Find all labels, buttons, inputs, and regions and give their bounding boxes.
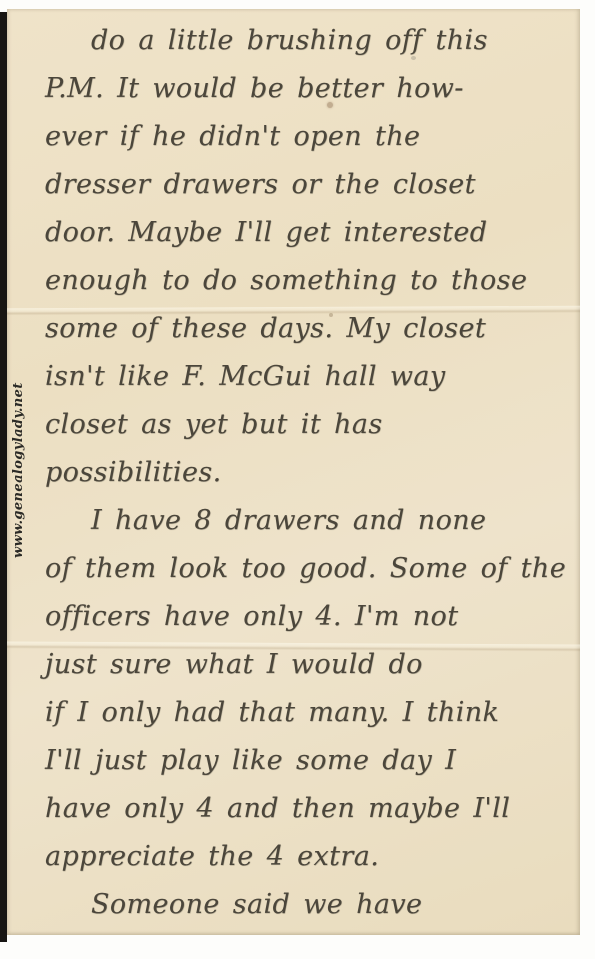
scanned-letter-page: www.genealogylady.net do a little brushi…: [0, 0, 595, 959]
letter-line: I'll just play like some day I: [45, 737, 566, 785]
letter-line: possibilities.: [45, 449, 566, 497]
letter-line: ever if he didn't open the: [45, 113, 566, 161]
letter-line: P.M. It would be better how-: [45, 65, 566, 113]
letter-line: enough to do something to those: [45, 257, 566, 305]
letter-line: of them look too good. Some of the: [45, 545, 566, 593]
letter-body: do a little brushing off this P.M. It wo…: [7, 9, 580, 929]
letter-line: closet as yet but it has: [45, 401, 566, 449]
letter-paper: www.genealogylady.net do a little brushi…: [7, 9, 580, 935]
letter-line: have only 4 and then maybe I'll: [45, 785, 566, 833]
letter-line: some of these days. My closet: [45, 305, 566, 353]
letter-line: dresser drawers or the closet: [45, 161, 566, 209]
letter-line: isn't like F. McGui hall way: [45, 353, 566, 401]
letter-line: appreciate the 4 extra.: [45, 833, 566, 881]
letter-line: officers have only 4. I'm not: [45, 593, 566, 641]
scan-edge-strip: [0, 12, 7, 942]
letter-line: I have 8 drawers and none: [45, 497, 566, 545]
letter-line: do a little brushing off this: [45, 17, 566, 65]
letter-line: if I only had that many. I think: [45, 689, 566, 737]
letter-line: just sure what I would do: [45, 641, 566, 689]
letter-line: door. Maybe I'll get interested: [45, 209, 566, 257]
letter-line: Someone said we have: [45, 881, 566, 929]
